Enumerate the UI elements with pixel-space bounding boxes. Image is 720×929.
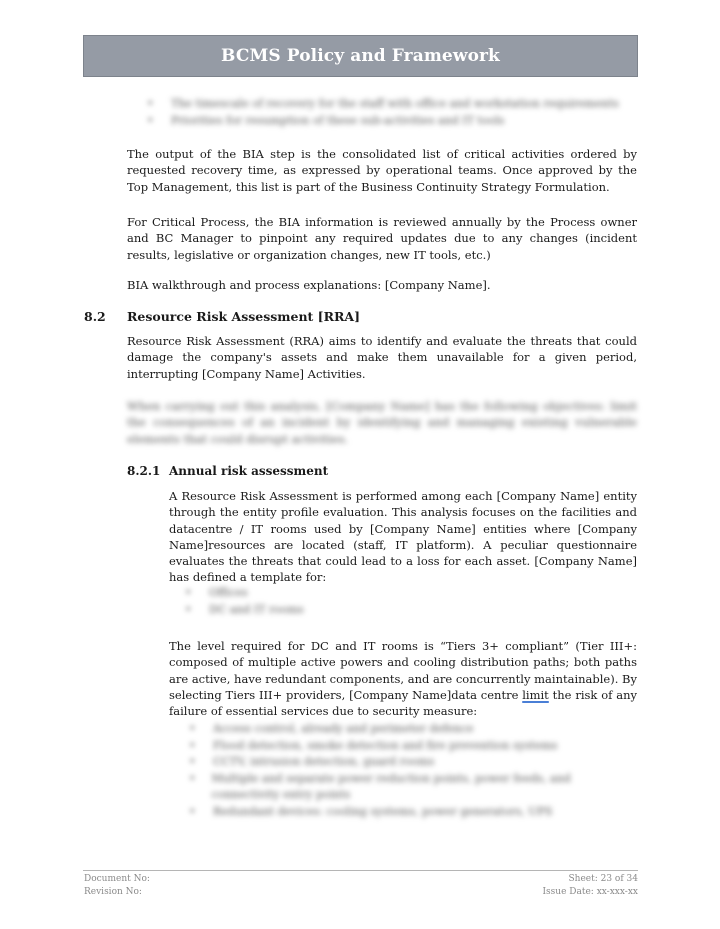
section-number: 8.2	[84, 309, 127, 324]
subsection-title: Annual risk assessment	[169, 464, 328, 478]
document-title: BCMS Policy and Framework	[221, 46, 500, 66]
paragraph-bia-walkthrough: BIA walkthrough and process explanations…	[127, 277, 637, 293]
list-item: •Redundant devices: cooling systems, pow…	[189, 804, 639, 821]
blurred-security-list: •Access control, already and perimeter d…	[189, 721, 639, 820]
footer-left: Document No: Revision No:	[84, 873, 150, 899]
sheet-number: Sheet: 23 of 34	[543, 873, 639, 886]
footer-divider	[83, 870, 638, 871]
spellcheck-flagged-word[interactable]: limit	[522, 688, 549, 702]
footer-right: Sheet: 23 of 34 Issue Date: xx-xxx-xx	[543, 873, 639, 899]
paragraph-bia-review: For Critical Process, the BIA informatio…	[127, 214, 637, 263]
section-title: Resource Risk Assessment [RRA]	[127, 309, 360, 324]
issue-date: Issue Date: xx-xxx-xx	[543, 886, 639, 899]
list-item: •DC and IT rooms	[185, 601, 385, 618]
document-page: BCMS Policy and Framework •The timescale…	[0, 0, 720, 929]
blurred-template-list: •Offices •DC and IT rooms	[185, 584, 385, 618]
section-heading-8-2-1: 8.2.1Annual risk assessment	[127, 464, 328, 478]
subsection-number: 8.2.1	[127, 464, 169, 478]
revision-number-label: Revision No:	[84, 886, 150, 899]
blurred-bullet-list: •The timescale of recovery for the staff…	[147, 95, 627, 129]
document-header-bar: BCMS Policy and Framework	[83, 35, 638, 77]
list-item: •Offices	[185, 584, 385, 601]
list-item: •The timescale of recovery for the staff…	[147, 95, 627, 112]
list-item: •Priorities for resumption of these sub-…	[147, 112, 627, 129]
list-item: •CCTV, intrusion detection, guard rooms	[189, 754, 639, 771]
list-item: •Flood detection, smoke detection and fi…	[189, 738, 639, 755]
list-item: •Multiple and separate power reduction p…	[189, 771, 639, 804]
document-number-label: Document No:	[84, 873, 150, 886]
paragraph-bia-output: The output of the BIA step is the consol…	[127, 146, 637, 195]
section-heading-8-2: 8.2Resource Risk Assessment [RRA]	[84, 309, 360, 324]
paragraph-rra-intro: Resource Risk Assessment (RRA) aims to i…	[127, 333, 637, 382]
list-item: •Access control, already and perimeter d…	[189, 721, 639, 738]
paragraph-tiers: The level required for DC and IT rooms i…	[169, 638, 637, 719]
blurred-paragraph: When carrying out this analysis, [Compan…	[127, 398, 637, 447]
paragraph-annual-risk: A Resource Risk Assessment is performed …	[169, 488, 637, 586]
